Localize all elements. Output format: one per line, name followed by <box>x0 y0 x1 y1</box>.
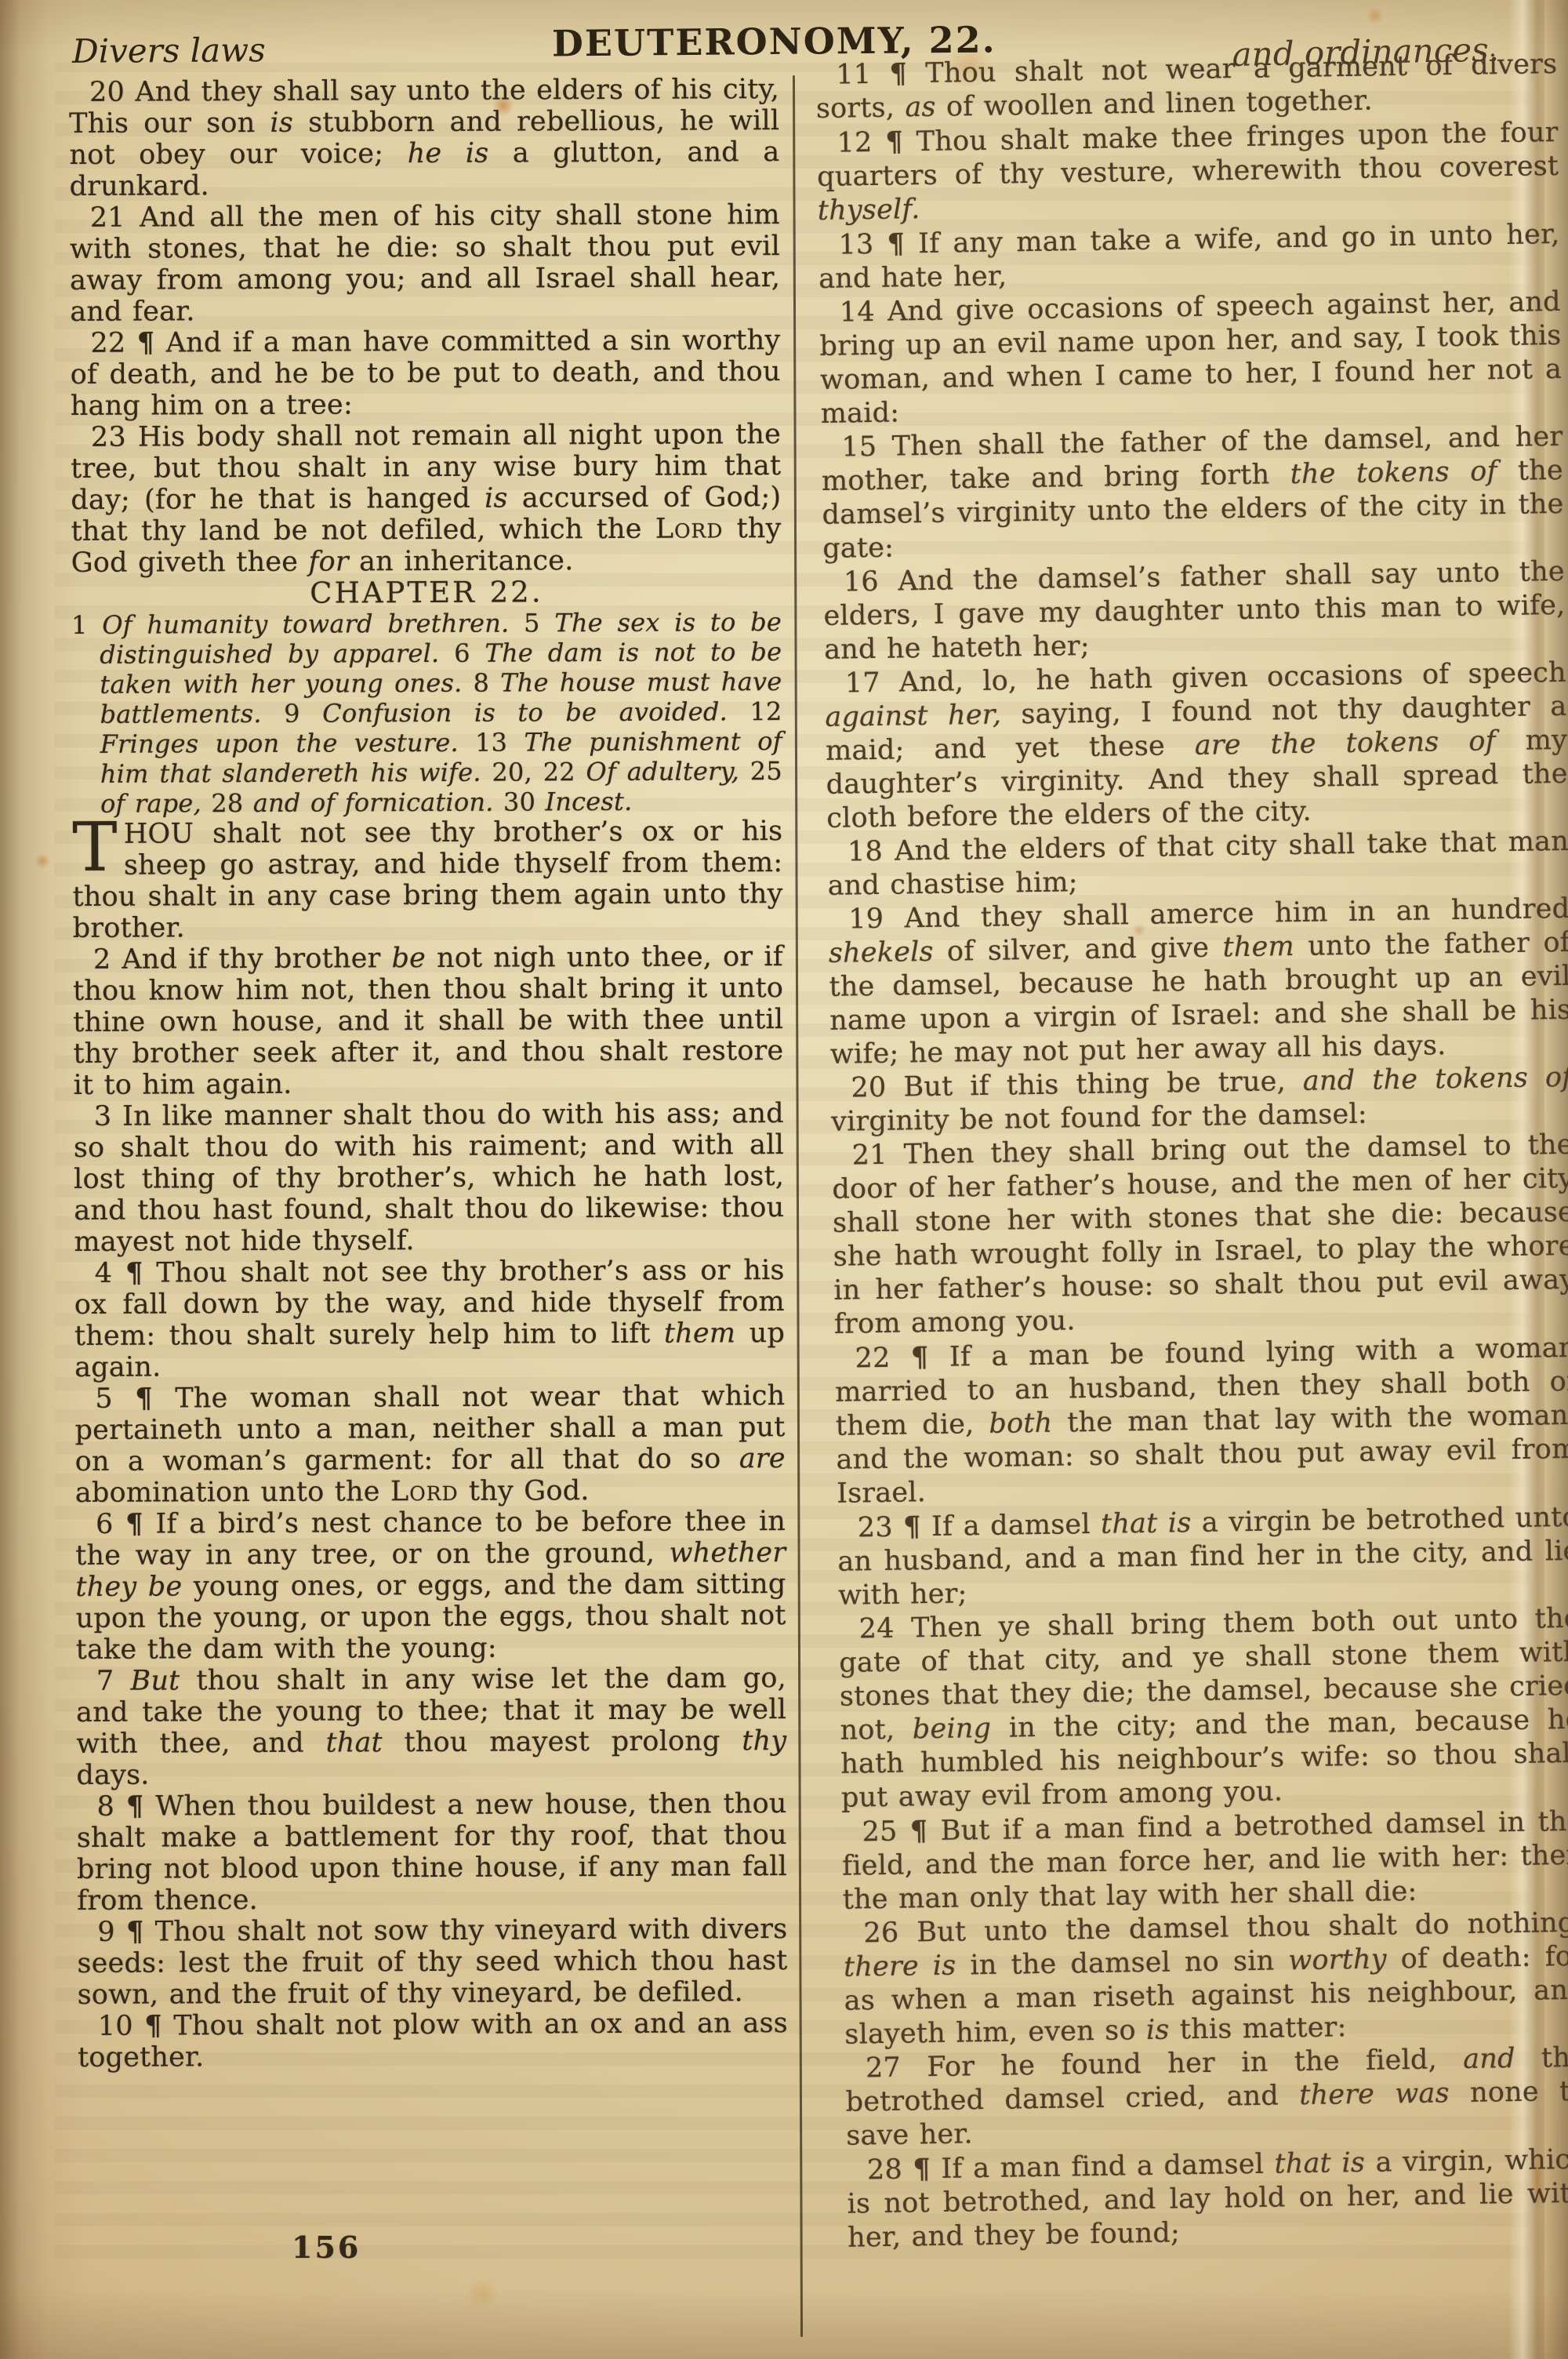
verse-number: 19 <box>848 903 884 936</box>
verse-number: 7 <box>96 1666 114 1697</box>
verse: 26 But unto the damsel thou shalt do not… <box>843 1906 1568 2052</box>
paper-stain <box>464 2281 500 2307</box>
verse-number: 23 <box>91 422 126 453</box>
page-number: 156 <box>292 2230 361 2265</box>
verse: 19 And they shall amerce him in an hundr… <box>828 892 1568 1072</box>
verse-number: 11 <box>836 59 872 91</box>
verse: 23 His body shall not remain all night u… <box>71 419 782 579</box>
verse-number: 8 <box>97 1791 115 1823</box>
pilcrow-mark: ¶ <box>144 2010 162 2042</box>
verse: 24 Then ye shall bring them both out unt… <box>838 1602 1568 1816</box>
verse-number: 27 <box>866 2052 902 2085</box>
chapter-summary: 1 Of humanity toward brethren. 5 The sex… <box>71 607 782 819</box>
verse: 13 ¶ If any man take a wife, and go in u… <box>818 217 1560 296</box>
verse-number: 6 <box>96 1509 114 1540</box>
verse: 20 But if this thing be true, and the to… <box>830 1061 1568 1140</box>
pilcrow-mark: ¶ <box>887 227 905 260</box>
verse: 18 And the elders of that city shall tak… <box>827 825 1568 903</box>
verse-number: 22 <box>855 1343 891 1375</box>
paper-stain <box>1366 8 1385 24</box>
verse-number: 5 <box>95 1383 113 1415</box>
verse: 4 ¶ Thou shalt not see thy brother’s ass… <box>74 1255 786 1383</box>
verse-number: 13 <box>838 229 874 261</box>
scanned-bible-page: Divers laws DEUTERONOMY, 22. and ordinan… <box>0 0 1568 2359</box>
verse-number: 25 <box>862 1816 898 1848</box>
lord-smallcaps: Lord <box>655 513 724 544</box>
pilcrow-mark: ¶ <box>913 2153 931 2185</box>
verse: 5 ¶ The woman shall not wear that which … <box>74 1380 786 1509</box>
verse: 22 ¶ And if a man have committed a sin w… <box>70 325 781 422</box>
pilcrow-mark: ¶ <box>911 1341 929 1373</box>
verse: 21 And all the men of his city shall sto… <box>70 199 781 328</box>
drop-cap: T <box>72 819 124 874</box>
pilcrow-mark: ¶ <box>126 1916 144 1948</box>
verse: 17 And, lo, he hath given occasions of s… <box>825 656 1568 836</box>
verse: 8 ¶ When thou buildest a new house, then… <box>77 1788 788 1917</box>
pilcrow-mark: ¶ <box>125 1257 143 1289</box>
pilcrow-mark: ¶ <box>910 1815 928 1847</box>
verse-number: 23 <box>858 1512 894 1544</box>
verse: 16 And the damsel’s father shall say unt… <box>823 555 1566 667</box>
pilcrow-mark: ¶ <box>903 1510 921 1543</box>
verse: 21 Then they shall bring out the damsel … <box>831 1129 1568 1342</box>
running-head-left: Divers laws <box>72 34 266 68</box>
verse: 9 ¶ Thou shalt not sow thy vineyard with… <box>77 1914 788 2011</box>
verse-number: 10 <box>98 2011 133 2042</box>
verse-number: 4 <box>95 1258 113 1289</box>
chapter-heading: CHAPTER 22. <box>71 576 782 610</box>
pilcrow-mark: ¶ <box>135 1383 153 1415</box>
verse: 7 But thou shalt in any wise let the dam… <box>76 1663 787 1791</box>
pilcrow-mark: ¶ <box>885 125 903 158</box>
left-column: 20 And they shall say unto the elders of… <box>69 74 788 2074</box>
pilcrow-mark: ¶ <box>125 1508 143 1540</box>
verse: 10 ¶ Thou shalt not plow with an ox and … <box>78 2008 788 2074</box>
verse: THOU shalt not see thy brother’s ox or h… <box>72 816 783 944</box>
verse-number: 16 <box>844 566 880 598</box>
verse: 12 ¶ Thou shalt make thee fringes upon t… <box>816 115 1559 228</box>
lord-smallcaps: Lord <box>390 1476 459 1507</box>
verse-number: 9 <box>97 1917 115 1948</box>
verse-number: 26 <box>863 1917 899 1950</box>
verse: 11 ¶ Thou shalt not wear a garment of di… <box>815 47 1558 126</box>
verse-number: 24 <box>858 1613 895 1645</box>
verse-number: 15 <box>841 431 877 463</box>
verse-number: 22 <box>90 328 125 359</box>
verse-number: 14 <box>840 296 876 329</box>
verse-number: 18 <box>848 836 884 868</box>
verse-number: 17 <box>845 667 881 700</box>
verse-number: 20 <box>89 77 125 108</box>
verse-number: 2 <box>93 944 111 976</box>
verse-number: 21 <box>851 1140 887 1172</box>
verse: 23 ¶ If a damsel that is a virgin be bet… <box>837 1500 1568 1613</box>
verse: 27 For he found her in the field, and th… <box>845 2041 1568 2154</box>
column-divider-rule <box>793 75 803 2337</box>
verse-number: 21 <box>90 202 125 234</box>
verse: 25 ¶ But if a man find a betrothed damse… <box>841 1805 1568 1917</box>
verse: 15 Then shall the father of the damsel, … <box>821 420 1564 566</box>
verse-number: 20 <box>851 1072 887 1104</box>
verse-number: 3 <box>94 1101 112 1132</box>
verse-lead-caps: HOU <box>124 818 194 849</box>
verse-number: 28 <box>867 2154 903 2186</box>
verse: 6 ¶ If a bird’s nest chance to be before… <box>75 1506 786 1666</box>
pilcrow-mark: ¶ <box>889 57 907 89</box>
verse: 2 And if thy brother be not nigh unto th… <box>73 941 784 1101</box>
verse: 20 And they shall say unto the elders of… <box>69 74 780 202</box>
verse: 14 And give occasions of speech against … <box>819 285 1563 431</box>
paper-stain <box>34 853 50 869</box>
pilcrow-mark: ¶ <box>137 327 155 359</box>
verse: 28 ¶ If a man find a damsel that is a vi… <box>847 2143 1568 2255</box>
pilcrow-mark: ¶ <box>126 1790 144 1823</box>
verse-number: 12 <box>837 127 873 159</box>
right-column: 11 ¶ Thou shalt not wear a garment of di… <box>815 47 1568 2255</box>
verse: 22 ¶ If a man be found lying with a woma… <box>834 1331 1568 1511</box>
verse: 3 In like manner shalt thou do with his … <box>74 1098 785 1258</box>
